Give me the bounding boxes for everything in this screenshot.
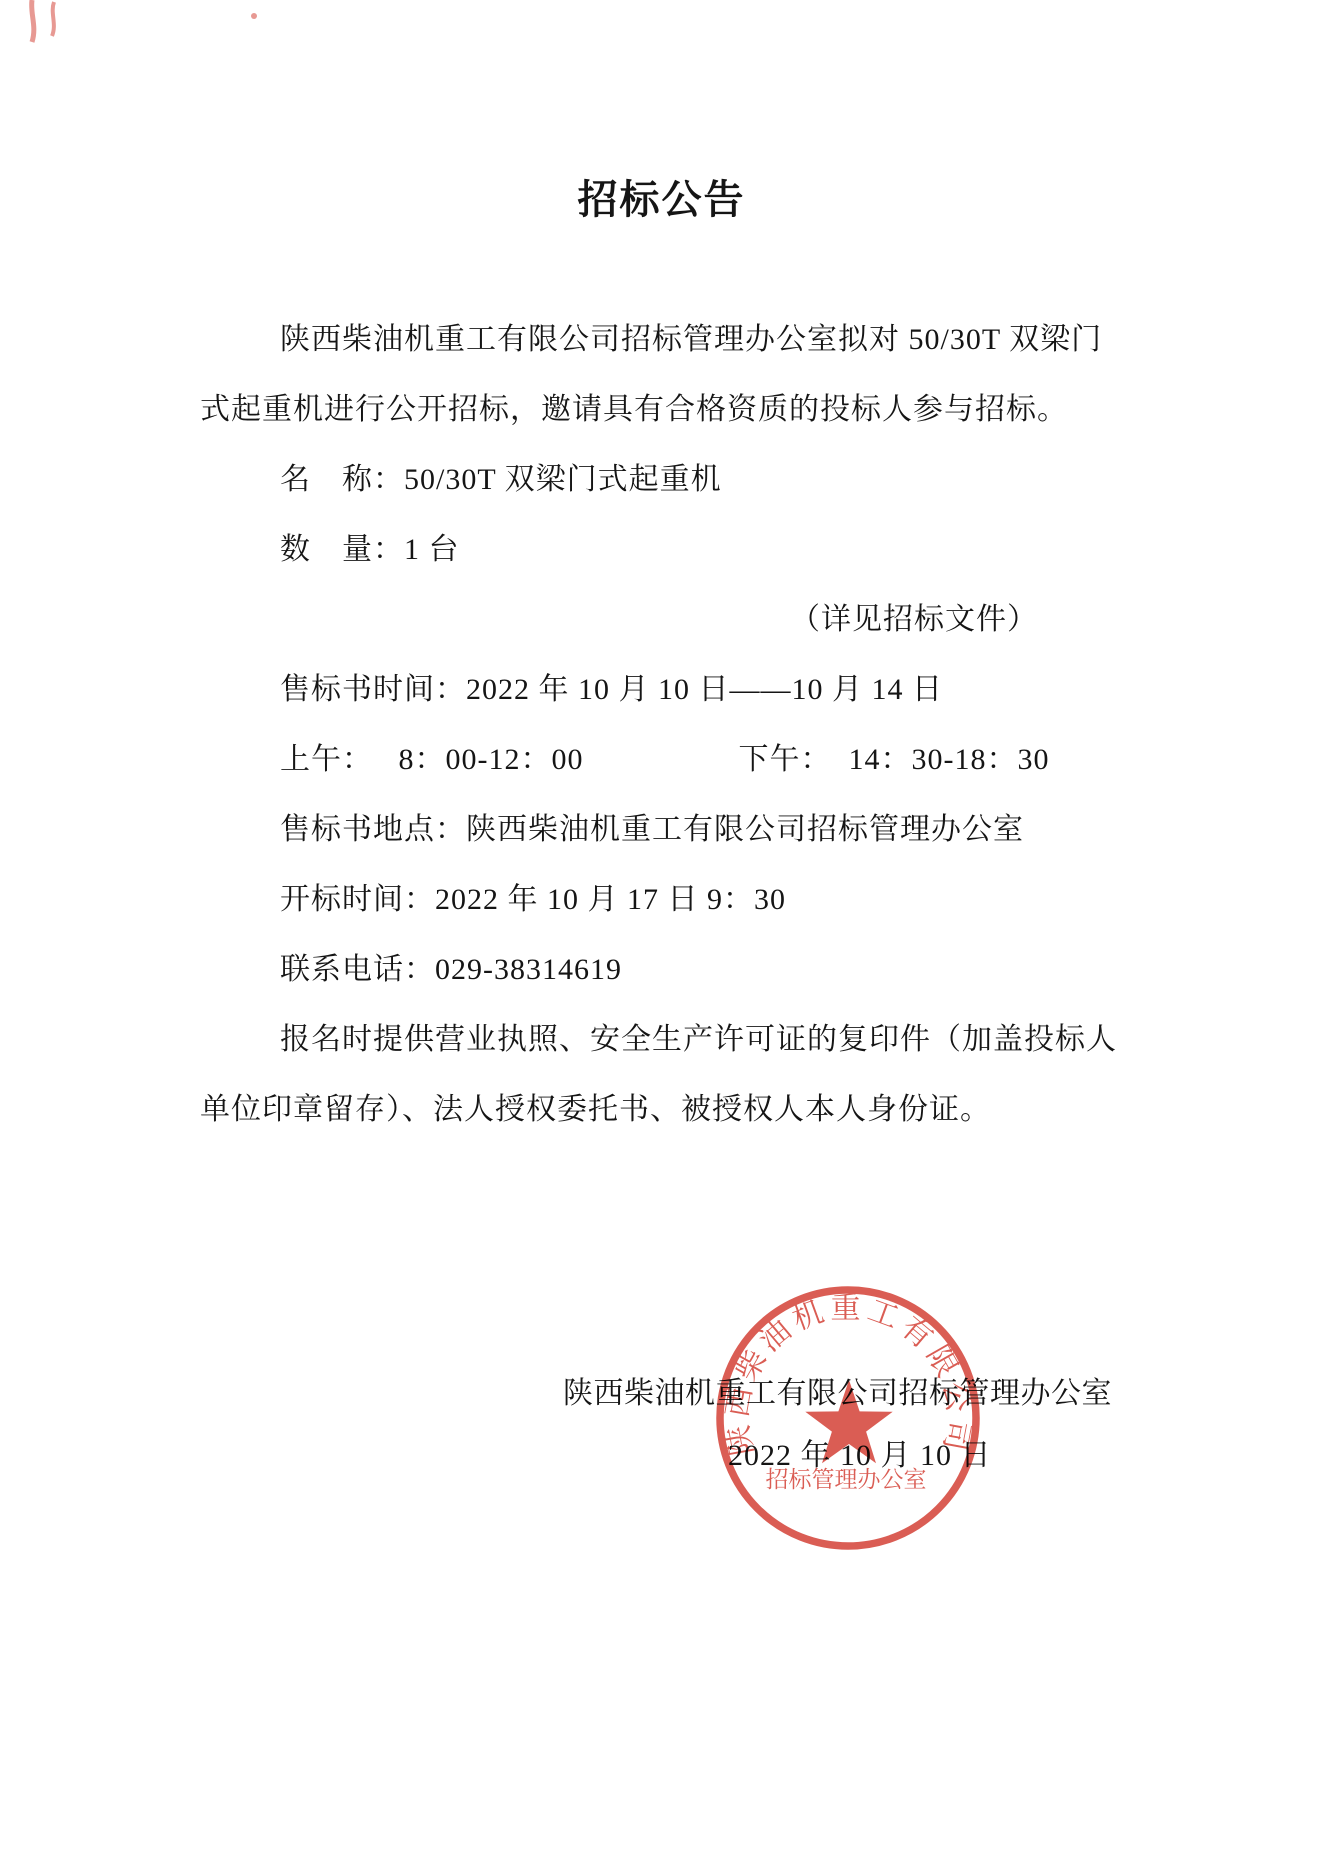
body-line-quantity: 数 量：1 台 <box>200 515 1145 585</box>
body-line-sale-place: 售标书地点：陕西柴油机重工有限公司招标管理办公室 <box>200 795 1145 865</box>
body-line: 报名时提供营业执照、安全生产许可证的复印件（加盖投标人 <box>200 1005 1145 1075</box>
body-line: 式起重机进行公开招标，邀请具有合格资质的投标人参与招标。 <box>200 375 1145 445</box>
stamp-office-text: 招标管理办公室 <box>766 1467 927 1492</box>
body-line-open-time: 开标时间：2022 年 10 月 17 日 9：30 <box>200 865 1145 935</box>
page-title: 招标公告 <box>0 168 1323 225</box>
body-line-sale-time: 售标书时间：2022 年 10 月 10 日——10 月 14 日 <box>200 655 1145 725</box>
document-body: 陕西柴油机重工有限公司招标管理办公室拟对 50/30T 双梁门 式起重机进行公开… <box>200 305 1145 1145</box>
official-stamp-seal: 陕西柴油机重工有限公司 招标管理办公室 <box>698 1268 998 1568</box>
stamp-star-icon <box>805 1380 892 1463</box>
body-line-item-name: 名 称：50/30T 双梁门式起重机 <box>200 445 1145 515</box>
body-line-hours: 上午： 8：00-12：00 下午： 14：30-18：30 <box>200 725 1145 795</box>
body-line-see-documents: （详见招标文件） <box>200 585 1145 655</box>
body-line-phone: 联系电话：029-38314619 <box>200 935 1145 1005</box>
body-line: 陕西柴油机重工有限公司招标管理办公室拟对 50/30T 双梁门 <box>200 305 1145 375</box>
body-line: 单位印章留存）、法人授权委托书、被授权人本人身份证。 <box>200 1075 1145 1145</box>
document-page: 招标公告 陕西柴油机重工有限公司招标管理办公室拟对 50/30T 双梁门 式起重… <box>0 0 1323 1871</box>
red-ink-artifact <box>10 0 290 50</box>
